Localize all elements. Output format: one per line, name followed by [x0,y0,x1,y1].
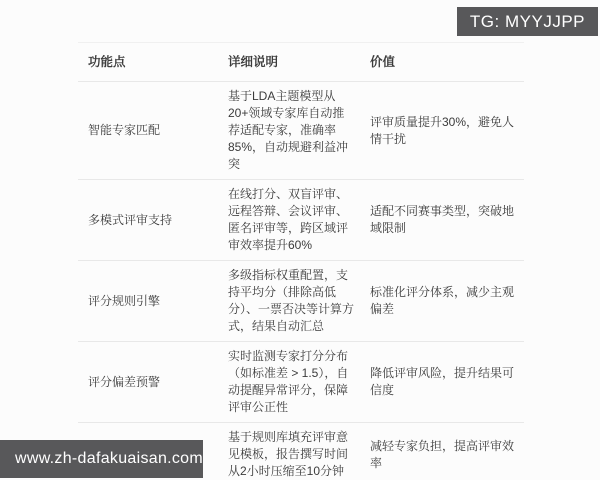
column-header-feature: 功能点 [78,43,218,82]
cell-feature: 评分偏差预警 [78,342,218,423]
cell-detail: 基于规则库填充评审意见模板，报告撰写时间从2小时压缩至10分钟 [218,423,360,480]
cell-value: 评审质量提升30%，避免人情干扰 [360,82,524,180]
cell-detail: 基于LDA主题模型从20+领域专家库自动推荐适配专家，准确率85%，自动规避利益… [218,82,360,180]
cell-value: 减轻专家负担，提高评审效率 [360,423,524,480]
cell-feature: 智能专家匹配 [78,82,218,180]
table-row: 多模式评审支持 在线打分、双盲评审、远程答辩、会议评审、匿名评审等，跨区域评审效… [78,180,524,261]
cell-detail: 在线打分、双盲评审、远程答辩、会议评审、匿名评审等，跨区域评审效率提升60% [218,180,360,261]
features-table: 功能点 详细说明 价值 智能专家匹配 基于LDA主题模型从20+领域专家库自动推… [78,42,524,480]
table-row: 评分偏差预警 实时监测专家打分分布（如标准差 > 1.5），自动提醒异常评分，保… [78,342,524,423]
cell-feature: 评分规则引擎 [78,261,218,342]
cell-value: 降低评审风险，提升结果可信度 [360,342,524,423]
tg-badge: TG: MYYJJPP [457,7,598,36]
page: TG: MYYJJPP 功能点 详细说明 价值 智能专家匹配 基于LDA主题模型… [0,0,600,480]
cell-detail: 实时监测专家打分分布（如标准差 > 1.5），自动提醒异常评分，保障评审公正性 [218,342,360,423]
cell-feature: 多模式评审支持 [78,180,218,261]
cell-value: 适配不同赛事类型，突破地域限制 [360,180,524,261]
table-row: 智能专家匹配 基于LDA主题模型从20+领域专家库自动推荐适配专家，准确率85%… [78,82,524,180]
watermark-url: www.zh-dafakuaisan.com [0,440,203,478]
table-row: 评分规则引擎 多级指标权重配置，支持平均分（排除高低分）、一票否决等计算方式，结… [78,261,524,342]
column-header-detail: 详细说明 [218,43,360,82]
column-header-value: 价值 [360,43,524,82]
cell-detail: 多级指标权重配置，支持平均分（排除高低分）、一票否决等计算方式，结果自动汇总 [218,261,360,342]
table-header-row: 功能点 详细说明 价值 [78,43,524,82]
cell-value: 标准化评分体系，减少主观偏差 [360,261,524,342]
